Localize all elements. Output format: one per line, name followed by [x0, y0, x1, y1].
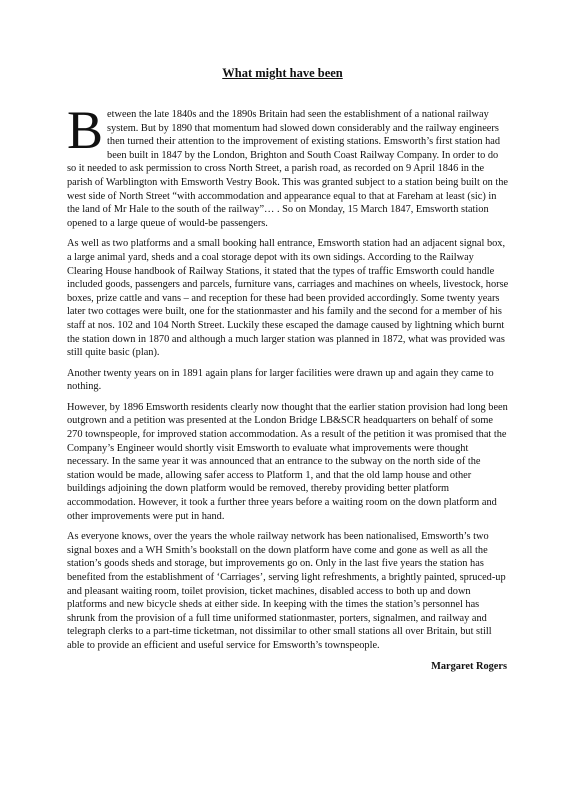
paragraph-3: Another twenty years on in 1891 again pl…: [67, 367, 509, 394]
article-body: Between the late 1840s and the 1890s Bri…: [67, 108, 509, 680]
document-page: What might have been Between the late 18…: [0, 0, 565, 800]
paragraph-1-text: etween the late 1840s and the 1890s Brit…: [67, 109, 508, 229]
paragraph-4: However, by 1896 Emsworth residents clea…: [67, 401, 509, 523]
author-signature: Margaret Rogers: [67, 660, 509, 674]
paragraph-5: As everyone knows, over the years the wh…: [67, 530, 509, 652]
page-title: What might have been: [0, 66, 565, 81]
paragraph-2: As well as two platforms and a small boo…: [67, 237, 509, 359]
drop-cap: B: [67, 109, 103, 151]
paragraph-1: Between the late 1840s and the 1890s Bri…: [67, 108, 509, 230]
